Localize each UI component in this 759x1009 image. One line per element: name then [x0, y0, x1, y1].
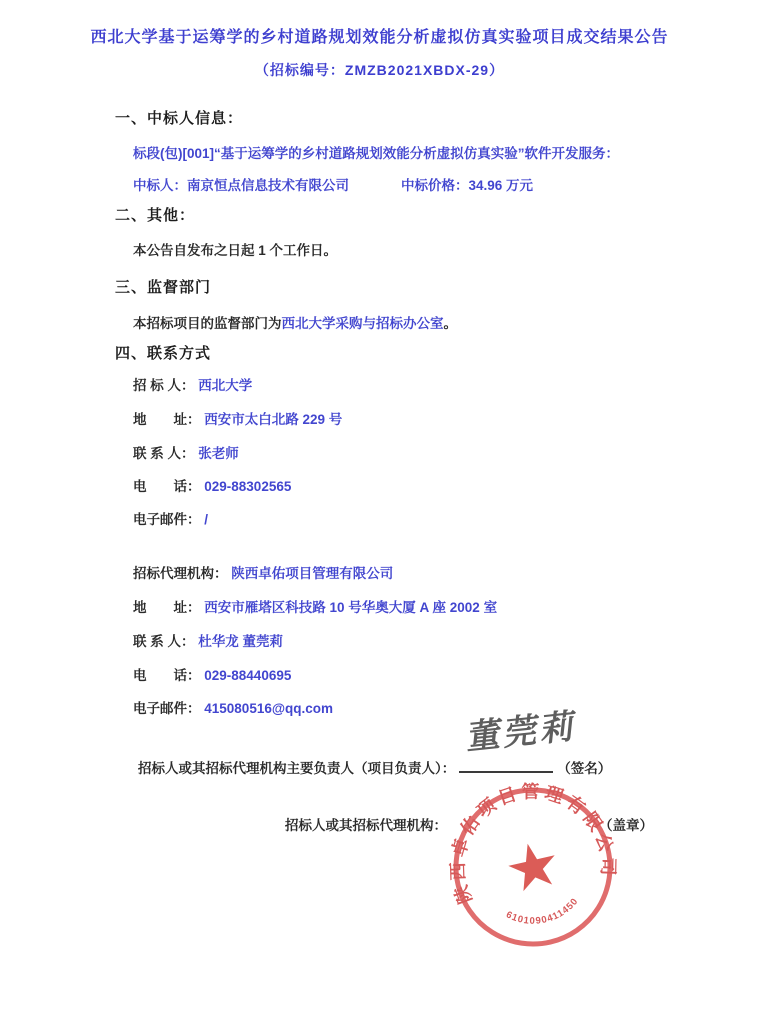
winner-line: 中标人：南京恒点信息技术有限公司中标价格：34.96 万元 — [133, 178, 533, 194]
winner-name: 南京恒点信息技术有限公司 — [187, 178, 349, 193]
section3-body: 本招标项目的监督部门为西北大学采购与招标办公室。 — [133, 316, 457, 332]
tenderer-row-phone: 电 话： 029-88302565 — [133, 479, 291, 495]
handwritten-signature: 董莞莉 — [466, 698, 582, 759]
row-label: 联 系 人： — [133, 446, 195, 461]
principal-label: 招标人或其招标代理机构主要负责人（项目负责人）： — [138, 761, 455, 776]
row-label: 电 话： — [133, 668, 201, 683]
row-value: 西北大学 — [198, 378, 252, 393]
signature-underline — [459, 757, 553, 773]
row-value: 杜华龙 董莞莉 — [198, 634, 283, 649]
tenderer-row-contact: 联 系 人： 张老师 — [133, 446, 239, 462]
agency-row-phone: 电 话： 029-88440695 — [133, 668, 291, 684]
price-label: 中标价格： — [401, 178, 469, 193]
row-value: 029-88302565 — [204, 479, 291, 494]
section2-heading: 二、其他： — [115, 207, 195, 225]
section3-heading: 三、监督部门 — [115, 279, 211, 297]
company-seal-graphic: 陕西卓佑项目管理有限公司 6101090411450 ★ — [431, 765, 635, 969]
row-label: 招标代理机构： — [133, 566, 228, 581]
section1-heading: 一、中标人信息： — [115, 110, 243, 128]
row-label: 电 话： — [133, 479, 201, 494]
winner-label: 中标人： — [133, 178, 187, 193]
row-label: 地 址： — [133, 412, 201, 427]
supervision-prefix: 本招标项目的监督部门为 — [133, 316, 282, 331]
section4-heading: 四、联系方式 — [115, 345, 211, 363]
row-label: 电子邮件： — [133, 701, 201, 716]
row-label: 地 址： — [133, 600, 201, 615]
tender-number: （招标编号：ZMZB2021XBDX-29） — [0, 62, 759, 79]
row-value: 西安市太白北路 229 号 — [204, 412, 342, 427]
row-label: 联 系 人： — [133, 634, 195, 649]
row-value: 415080516@qq.com — [204, 701, 333, 716]
row-value: 张老师 — [198, 446, 239, 461]
price-value: 34.96 万元 — [469, 178, 534, 193]
page-title: 西北大学基于运筹学的乡村道路规划效能分析虚拟仿真实验项目成交结果公告 — [0, 28, 759, 47]
supervision-suffix: 。 — [444, 316, 458, 331]
tenderer-row-address: 地 址： 西安市太白北路 229 号 — [133, 412, 342, 428]
principal-signature-line: 招标人或其招标代理机构主要负责人（项目负责人）：（签名） — [138, 757, 611, 777]
org-label: 招标人或其招标代理机构： — [285, 818, 447, 833]
row-value: 西安市雁塔区科技路 10 号华奥大厦 A 座 2002 室 — [204, 600, 497, 615]
section2-body: 本公告自发布之日起 1 个工作日。 — [133, 243, 337, 259]
row-value: 陕西卓佑项目管理有限公司 — [231, 566, 393, 581]
seal-star-icon: ★ — [498, 828, 568, 908]
agency-row-address: 地 址： 西安市雁塔区科技路 10 号华奥大厦 A 座 2002 室 — [133, 600, 497, 616]
agency-row-name: 招标代理机构： 陕西卓佑项目管理有限公司 — [133, 566, 393, 582]
company-seal: 陕西卓佑项目管理有限公司 6101090411450 ★ — [431, 765, 635, 969]
agency-row-email: 电子邮件： 415080516@qq.com — [133, 701, 333, 717]
package-line: 标段(包)[001]“基于运筹学的乡村道路规划效能分析虚拟仿真实验”软件开发服务… — [133, 146, 619, 162]
tenderer-row-name: 招 标 人： 西北大学 — [133, 378, 252, 394]
announcement-document: 西北大学基于运筹学的乡村道路规划效能分析虚拟仿真实验项目成交结果公告 （招标编号… — [0, 0, 759, 1009]
row-label: 电子邮件： — [133, 512, 201, 527]
row-label: 招 标 人： — [133, 378, 195, 393]
tenderer-row-email: 电子邮件： / — [133, 512, 208, 528]
row-value: 029-88440695 — [204, 668, 291, 683]
agency-row-contact: 联 系 人： 杜华龙 董莞莉 — [133, 634, 283, 650]
supervision-office: 西北大学采购与招标办公室 — [282, 316, 444, 331]
row-value: / — [204, 512, 208, 527]
